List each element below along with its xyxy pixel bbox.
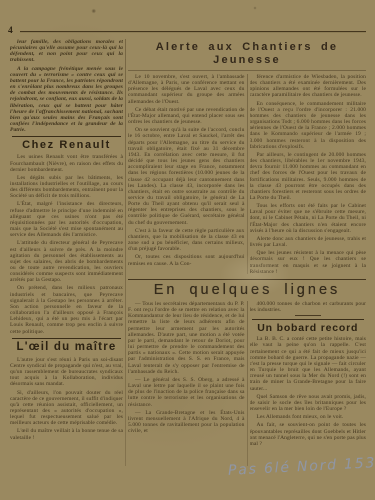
section-title-oeil-du-maitre: L'œil du maître [10, 341, 123, 354]
paragraph: Au fait, se souvient-on point de toutes … [250, 422, 367, 447]
main-headline-block: Alerte aux Chantiers de Jeunesse [128, 39, 366, 71]
column-right-lower: 400.000 tonnes de charbon et carburants … [250, 301, 367, 466]
paragraph: Les Allemands font mieux, on le voit. [250, 414, 367, 420]
paragraph: On se souvient qu'à la suite de l'accord… [128, 127, 245, 226]
paragraph: L'autre jour s'est réuni à Paris un soi-… [10, 357, 123, 388]
column-rule [247, 74, 248, 274]
header-rule [20, 31, 366, 32]
main-headline: Alerte aux Chantiers de Jeunesse [128, 41, 366, 67]
main-article-columns: Le 10 novembre, s'est ouvert, à l'ambass… [128, 74, 366, 274]
section-title-un-bobard-record: Un bobard record [250, 322, 367, 334]
news-item: — Le général des S. S. Oberg, a adressé … [128, 377, 245, 408]
paragraph: L'attitude du directeur général de Peyre… [10, 240, 123, 283]
newspaper-page-scan: 4 leur famille, des obligations morales … [0, 0, 375, 500]
column-right: férence d'armistice de Wiesbaden, la pos… [250, 74, 367, 274]
editorial-intro: leur famille, des obligations morales et… [10, 39, 123, 133]
news-item-continuation: 400.000 tonnes de charbon et carburants … [250, 301, 367, 313]
section-rule [252, 319, 365, 320]
paragraph: C'est à la faveur de cette règle particu… [128, 228, 245, 253]
page-content: leur famille, des obligations morales et… [10, 39, 366, 466]
paragraph: Les usines Renault vont être transférées… [10, 154, 123, 172]
column-middle-lower: — Tous les secrétaires départementaux du… [128, 301, 245, 466]
paragraph: En conséquence, le commandement militair… [250, 101, 367, 150]
paragraph: L'État, malgré l'insistance des directeu… [10, 201, 123, 238]
paragraph: A la campagne frénétique menée sous le c… [10, 66, 123, 134]
paragraph: Quel Samson de rêve nous avait promis, j… [250, 394, 367, 412]
paragraph: Alerte donc aux chantiers de jeunesse, t… [250, 236, 367, 248]
paragraph: Tous les efforts ont été faits par le Ca… [250, 203, 367, 234]
en-quelques-lignes-headline-block: En quelques lignes [128, 277, 366, 298]
paragraph: On prétend, dans les milieux patronaux i… [10, 285, 123, 334]
paragraph: Ce débat était motivé par une revendicat… [128, 107, 245, 125]
main-article-area: Alerte aux Chantiers de Jeunesse Le 10 n… [128, 39, 366, 466]
column-rule [247, 301, 248, 466]
paragraph: Si, d'ailleurs, l'on pouvait douter du r… [10, 390, 123, 427]
page-header: 4 [8, 26, 366, 36]
item-divider [295, 315, 321, 316]
section-title-en-quelques-lignes: En quelques lignes [128, 282, 366, 298]
paragraph: L'œil du maître veillait à la bonne tenu… [10, 428, 123, 440]
section-rule [128, 279, 366, 280]
page-number: 4 [8, 26, 13, 36]
section-rule [12, 136, 121, 137]
column-middle: Le 10 novembre, s'est ouvert, à l'ambass… [128, 74, 245, 274]
paragraph: La B. B. C. a conté cette petite histoir… [250, 336, 367, 391]
news-item: — La Grande-Bretagne et les États-Unis l… [128, 410, 245, 435]
section-rule [12, 338, 121, 339]
section-title-chez-renault: Chez Renault [10, 139, 123, 151]
column-rule [125, 39, 126, 466]
paragraph: Or, toutes ces dispositions sont aujourd… [128, 254, 245, 266]
news-item: — Tous les secrétaires départementaux du… [128, 301, 245, 375]
paragraph: Que les jeunes résistent à la menace qui… [250, 250, 367, 274]
paragraph: leur famille, des obligations morales et… [10, 39, 123, 64]
paragraph: férence d'armistice de Wiesbaden, la pos… [250, 74, 367, 99]
en-quelques-lignes-columns: — Tous les secrétaires départementaux du… [128, 301, 366, 466]
paragraph: Par ailleurs, le contingent de 20.000 ho… [250, 152, 367, 201]
paragraph: Le 10 novembre, s'est ouvert, à l'ambass… [128, 74, 245, 105]
paragraph: Les dégâts subis par les bâtiments, les … [10, 175, 123, 200]
column-left: leur famille, des obligations morales et… [10, 39, 123, 466]
